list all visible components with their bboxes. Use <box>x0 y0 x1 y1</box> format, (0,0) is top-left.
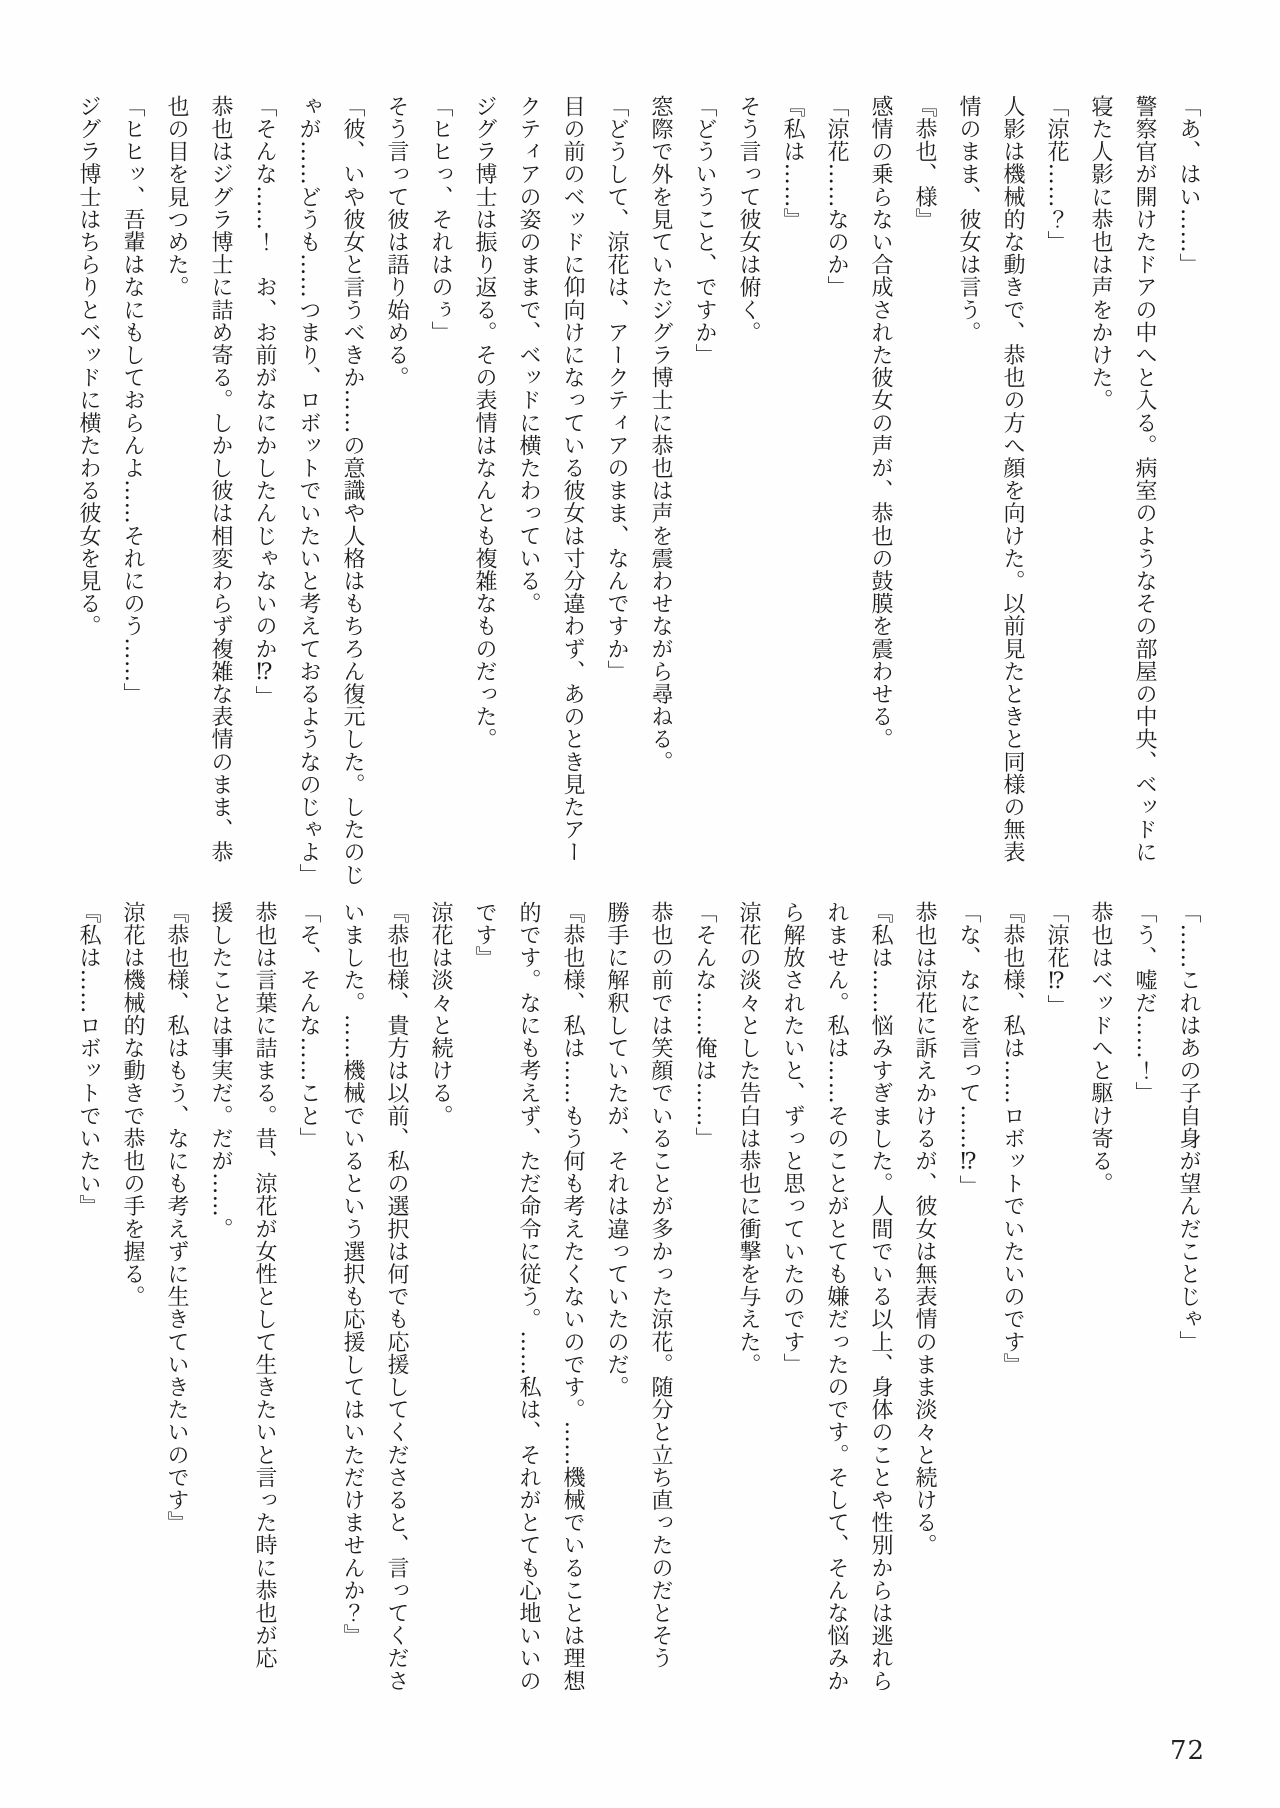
text-line: 『恭也様、私はもう、なにも考えずに生きていきたいのです』 <box>154 901 198 1705</box>
text-line: 恭也は涼花に訴えかけるが、彼女は無表情のまま淡々と続ける。 <box>902 901 946 1705</box>
text-line: 「な、なにを言って……⁉」 <box>946 901 990 1705</box>
text-line: 情のまま、彼女は言う。 <box>946 95 990 889</box>
text-line: 涼花の淡々とした告白は恭也に衝撃を与えた。 <box>726 901 770 1705</box>
text-line: 「涼花⁉」 <box>1034 901 1078 1705</box>
text-line: 恭也は言葉に詰まる。昔、涼花が女性として生きたいと言った時に恭也が応 <box>242 901 286 1705</box>
text-line: ら解放されたいと、ずっと思っていたのです」 <box>770 901 814 1705</box>
text-line: 『恭也、様』 <box>902 95 946 889</box>
text-line: 「ヒヒッ、吾輩はなにもしておらんよ……それにのう……」 <box>110 95 154 889</box>
text-line: 『恭也様、私は……ロボットでいたいのです』 <box>990 901 1034 1705</box>
text-line: 「涼花……なのか」 <box>814 95 858 889</box>
text-line: 人影は機械的な動きで、恭也の方へ顔を向けた。以前見たときと同様の無表 <box>990 95 1034 889</box>
text-line: 「どういうこと、ですか」 <box>682 95 726 889</box>
text-line: 「そんな……！ お、お前がなにかしたんじゃないのか⁉」 <box>242 95 286 889</box>
text-line: 「……これはあの子自身が望んだことじゃ」 <box>1166 901 1210 1705</box>
text-line: ゃが……どうも……つまり、ロボットでいたいと考えておるようなのじゃよ」 <box>286 95 330 889</box>
text-line: 的です。なにも考えず、ただ命令に従う。……私は、それがとても心地いいの <box>506 901 550 1705</box>
text-line: そう言って彼女は俯く。 <box>726 95 770 889</box>
text-line: 勝手に解釈していたが、それは違っていたのだ。 <box>594 901 638 1705</box>
text-line: 『私は……悩みすぎました。人間でいる以上、身体のことや性別からは逃れら <box>858 901 902 1705</box>
text-line: 『私は……ロボットでいたい』 <box>66 901 110 1705</box>
text-line: 感情の乗らない合成された彼女の声が、恭也の鼓膜を震わせる。 <box>858 95 902 889</box>
text-line: 恭也はベッドへと駆け寄る。 <box>1078 901 1122 1705</box>
text-line: 『私は……』 <box>770 95 814 889</box>
text-line: 「う、嘘だ……！」 <box>1122 901 1166 1705</box>
text-line: ジグラ博士はちらりとベッドに横たわる彼女を見る。 <box>66 95 110 889</box>
text-line: 援したことは事実だ。だが……。 <box>198 901 242 1705</box>
text-line: クティアの姿のままで、ベッドに横たわっている。 <box>506 95 550 889</box>
text-line: 警察官が開けたドアの中へと入る。病室のようなその部屋の中央、ベッドに <box>1122 95 1166 889</box>
text-line: 「あ、はい……」 <box>1166 95 1210 889</box>
text-line: 涼花は機械的な動きで恭也の手を握る。 <box>110 901 154 1705</box>
text-line: 『恭也様、私は……もう何も考えたくないのです。……機械でいることは理想 <box>550 901 594 1705</box>
text-line: 寝た人影に恭也は声をかけた。 <box>1078 95 1122 889</box>
text-line: 「ヒヒっ、それはのぅ」 <box>418 95 462 889</box>
text-line: 目の前のベッドに仰向けになっている彼女は寸分違わず、あのとき見たアー <box>550 95 594 889</box>
text-line: ジグラ博士は振り返る。その表情はなんとも複雑なものだった。 <box>462 95 506 889</box>
text-block-top: 「あ、はい……」警察官が開けたドアの中へと入る。病室のようなその部屋の中央、ベッ… <box>66 95 1210 889</box>
text-line: です』 <box>462 901 506 1705</box>
text-block-bottom: 「……これはあの子自身が望んだことじゃ」「う、嘘だ……！」恭也はベッドへと駆け寄… <box>66 901 1210 1705</box>
text-line: 涼花は淡々と続ける。 <box>418 901 462 1705</box>
text-line: そう言って彼は語り始める。 <box>374 95 418 889</box>
text-line: いました。……機械でいるという選択も応援してはいただけませんか？』 <box>330 901 374 1705</box>
text-line: 「どうして、涼花は、アークティアのまま、なんですか」 <box>594 95 638 889</box>
text-line: 恭也はジグラ博士に詰め寄る。しかし彼は相変わらず複雑な表情のまま、恭 <box>198 95 242 889</box>
page-number: 72 <box>1170 1736 1205 1766</box>
novel-page: 「あ、はい……」警察官が開けたドアの中へと入る。病室のようなその部屋の中央、ベッ… <box>0 0 1280 1808</box>
text-line: 「そ、そんな……こと」 <box>286 901 330 1705</box>
text-line: 「涼花……？」 <box>1034 95 1078 889</box>
text-line: 「そんな……俺は……」 <box>682 901 726 1705</box>
text-line: 恭也の前では笑顔でいることが多かった涼花。随分と立ち直ったのだとそう <box>638 901 682 1705</box>
text-line: 「彼、いや彼女と言うべきか……の意識や人格はもちろん復元した。したのじ <box>330 95 374 889</box>
text-line: 也の目を見つめた。 <box>154 95 198 889</box>
text-line: れません。私は……そのことがとても嫌だったのです。そして、そんな悩みか <box>814 901 858 1705</box>
text-line: 『恭也様、貴方は以前、私の選択は何でも応援してくださると、言ってくださ <box>374 901 418 1705</box>
text-line: 窓際で外を見ていたジグラ博士に恭也は声を震わせながら尋ねる。 <box>638 95 682 889</box>
